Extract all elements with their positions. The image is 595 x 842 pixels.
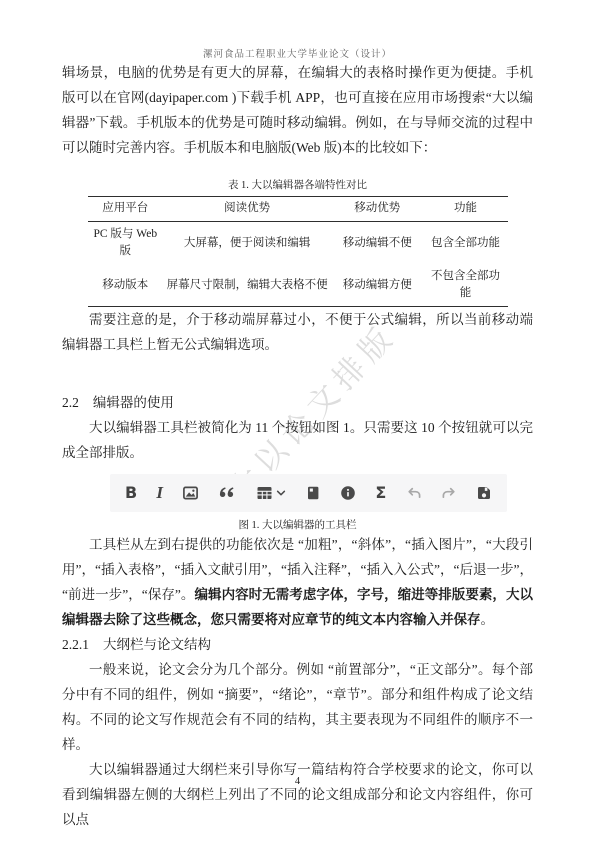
paragraph-structure: 一般来说，论文会分为几个部分。例如 “前置部分”，“正文部分”。每个部分中有不同…: [62, 657, 533, 757]
italic-icon: I: [156, 485, 163, 501]
insert-formula-icon: Σ: [375, 485, 386, 501]
table-row: PC 版与 Web 版 大屏幕，便于阅读和编辑 移动编辑不便 包含全部功能: [88, 222, 508, 265]
table-header-cell: 移动优势: [331, 197, 423, 222]
table-cell: 移动编辑方便: [331, 264, 423, 307]
paragraph-note: 需要注意的是，介于移动端屏幕过小，不便于公式编辑，所以当前移动端编辑器工具栏上暂…: [62, 307, 533, 357]
table-header-row: 应用平台 阅读优势 移动优势 功能: [88, 197, 508, 222]
table-cell: 屏幕尺寸限制，编辑大表格不便: [163, 264, 331, 307]
table-row: 移动版本 屏幕尺寸限制，编辑大表格不便 移动编辑方便 不包含全部功能: [88, 264, 508, 307]
section-number: 2.2: [62, 395, 79, 410]
page-number: 4: [0, 776, 595, 787]
page-content: 辑场景，电脑的优势是有更大的屏幕，在编辑大的表格时操作更为便捷。手机版可以在官网…: [62, 60, 533, 832]
redo-icon: [441, 486, 457, 501]
section-title: 大纲栏与论文结构: [103, 637, 211, 652]
paragraph-outline: 大以编辑器通过大纲栏来引导你写一篇结构符合学校要求的论文，你可以看到编辑器左侧的…: [62, 757, 533, 832]
paragraph-intro: 辑场景，电脑的优势是有更大的屏幕，在编辑大的表格时操作更为便捷。手机版可以在官网…: [62, 60, 533, 160]
blockquote-icon: [218, 485, 236, 501]
paragraph-toolbar-intro: 大以编辑器工具栏被简化为 11 个按钮如图 1。只需要这 10 个按钮就可以完成…: [62, 415, 533, 465]
table-cell: 移动编辑不便: [331, 222, 423, 265]
bold-icon: B: [125, 485, 137, 501]
table-cell: PC 版与 Web 版: [88, 222, 164, 265]
section-title: 编辑器的使用: [93, 395, 174, 410]
document-page: 大以论文排版 漯河食品工程职业大学毕业论文（设计） 辑场景，电脑的优势是有更大的…: [0, 0, 595, 842]
insert-citation-icon: [305, 485, 321, 501]
comparison-table: 应用平台 阅读优势 移动优势 功能 PC 版与 Web 版 大屏幕，便于阅读和编…: [88, 196, 508, 307]
section-heading-2-2-1: 2.2.1大纲栏与论文结构: [62, 632, 533, 657]
table-cell: 包含全部功能: [423, 222, 507, 265]
table-header-cell: 功能: [423, 197, 507, 222]
table-cell: 大屏幕，便于阅读和编辑: [163, 222, 331, 265]
undo-icon: [406, 486, 422, 501]
insert-table-group: [256, 485, 286, 501]
insert-image-icon: [182, 485, 199, 501]
section-heading-2-2: 2.2编辑器的使用: [62, 390, 533, 415]
toolbar-figure: B I Σ: [110, 474, 507, 512]
section-number: 2.2.1: [62, 637, 89, 652]
toolbar-functions-tail: 。: [481, 612, 495, 627]
running-header: 漯河食品工程职业大学毕业论文（设计）: [0, 0, 595, 60]
insert-note-icon: [340, 485, 356, 501]
table-header-cell: 阅读优势: [163, 197, 331, 222]
table-cell: 不包含全部功能: [423, 264, 507, 307]
table-header-cell: 应用平台: [88, 197, 164, 222]
table-cell: 移动版本: [88, 264, 164, 307]
table-caption: 表 1. 大以编辑器各端特性对比: [62, 177, 533, 192]
chevron-down-icon: [276, 488, 286, 498]
save-icon: [476, 485, 492, 501]
insert-table-icon: [256, 485, 273, 501]
figure-caption: 图 1. 大以编辑器的工具栏: [62, 517, 533, 532]
paragraph-toolbar-functions: 工具栏从左到右提供的功能依次是 “加粗”，“斜体”，“插入图片”，“大段引用”，…: [62, 532, 533, 632]
